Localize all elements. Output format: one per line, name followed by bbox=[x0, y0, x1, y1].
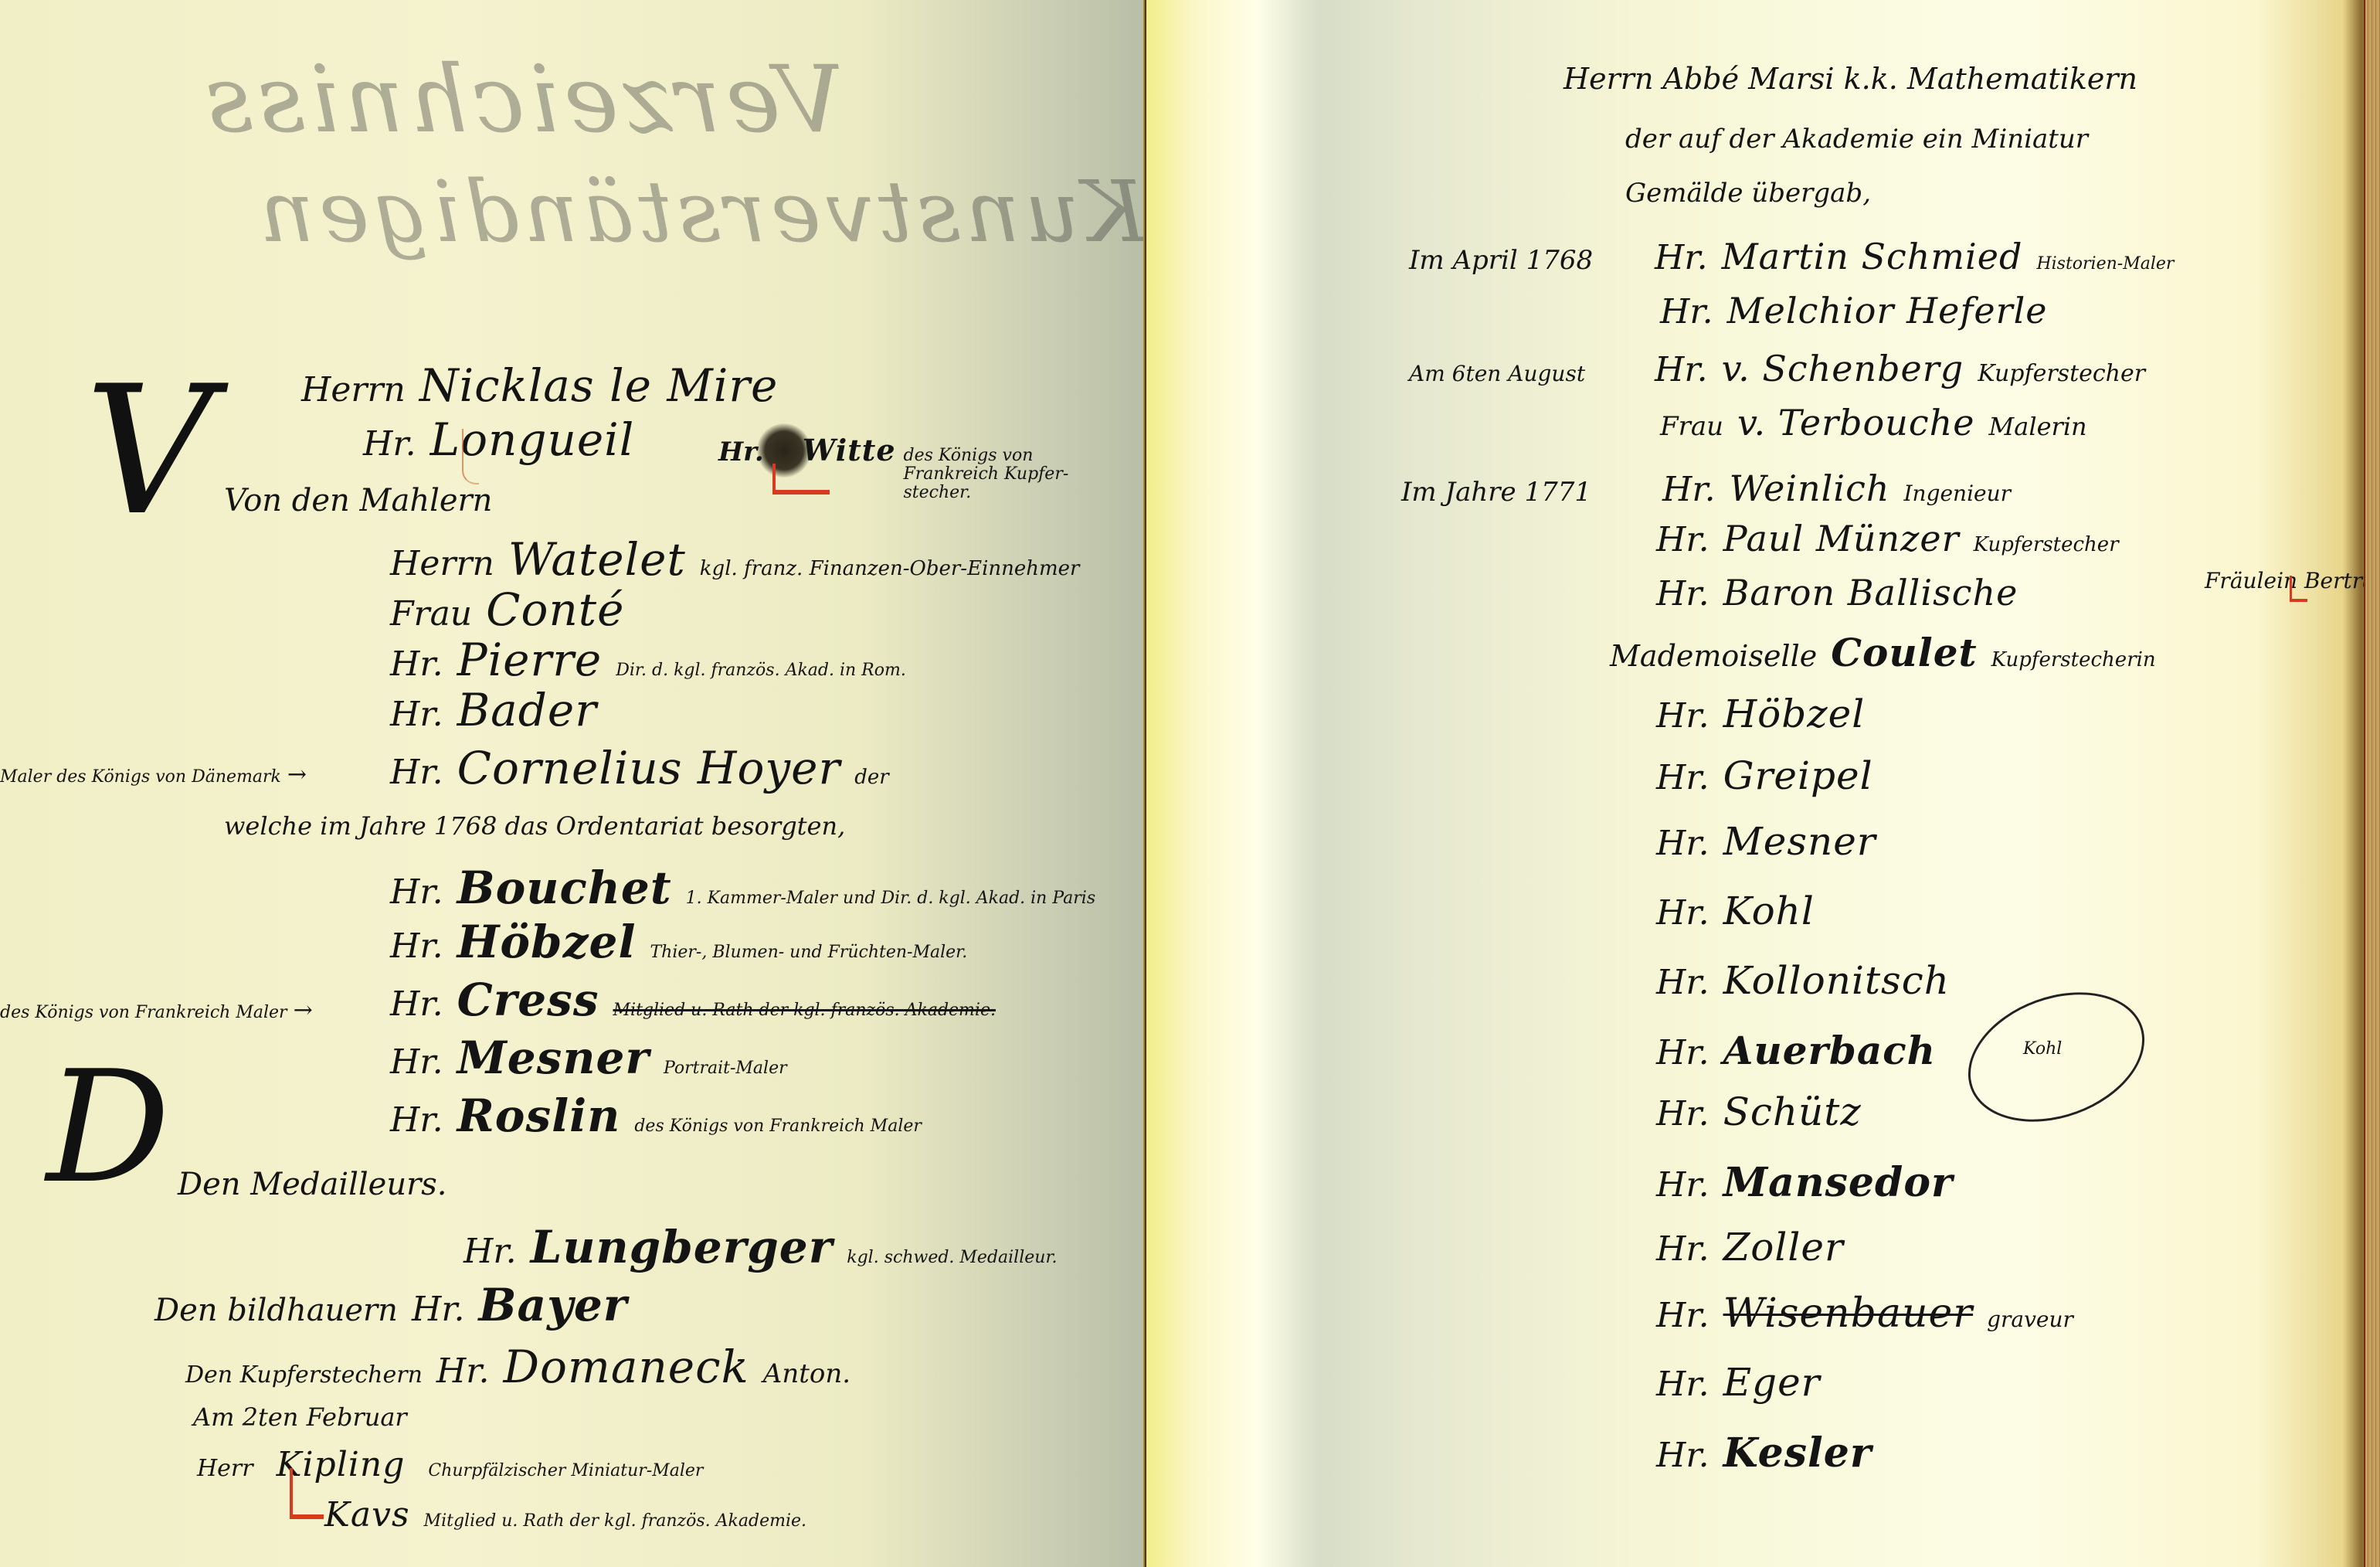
entry-pierre: Hr. Pierre Dir. d. kgl. französ. Akad. i… bbox=[390, 634, 906, 686]
entry-auerbach: Hr. Auerbach bbox=[1656, 1028, 1936, 1073]
decorative-initial-v: V bbox=[85, 363, 213, 541]
bleed-through-heading-2: der Kunstverständigen bbox=[255, 162, 1146, 261]
red-pencil-mark bbox=[290, 1468, 324, 1519]
entry-heferle: Hr. Melchior Heferle bbox=[1660, 290, 2048, 331]
entry-coulet: Mademoiselle Coulet Kupferstecherin bbox=[1610, 630, 2156, 675]
arrow-right-icon: → bbox=[294, 997, 313, 1024]
entry-le-mire: Herrn Nicklas le Mire bbox=[301, 359, 778, 412]
entry-conte: Frau Conté bbox=[390, 583, 624, 636]
bleed-through-heading-1: Verzeichniss bbox=[201, 46, 844, 154]
intro-line-2: der auf der Akademie ein Miniatur bbox=[1625, 124, 2088, 155]
page-edge bbox=[2364, 0, 2380, 1567]
entry-hobzel: Hr. Höbzel Thier-, Blumen- und Früchten-… bbox=[390, 916, 967, 968]
entry-cress: Hr. Cress Mitglied u. Rath der kgl. fran… bbox=[390, 974, 996, 1026]
margin-note-hoyer: Maler des Königs von Dänemark → bbox=[0, 761, 307, 788]
entry-greipel: Hr. Greipel bbox=[1656, 753, 1873, 798]
right-page: Herrn Abbé Marsi k.k. Mathematikern der … bbox=[1146, 0, 2380, 1567]
entry-bouchet: Hr. Bouchet 1. Kammer-Maler und Dir. d. … bbox=[390, 862, 1095, 914]
intro-line-3: Gemälde übergab, bbox=[1625, 178, 1871, 209]
entry-lungberger: Hr. Lungberger kgl. schwed. Medailleur. bbox=[463, 1221, 1058, 1273]
entry-terbouche: Frau v. Terbouche Malerin bbox=[1660, 402, 2087, 444]
entry-mesner: Hr. Mesner Portrait-Maler bbox=[390, 1032, 787, 1084]
entry-kohl: Hr. Kohl bbox=[1656, 889, 1815, 933]
section-1768: welche im Jahre 1768 das Ordentariat bes… bbox=[224, 811, 845, 841]
entry-kipling: Herr Kipling Churpfälzischer Miniatur-Ma… bbox=[197, 1445, 703, 1484]
entry-kavs: Kavs Mitglied u. Rath der kgl. französ. … bbox=[324, 1495, 806, 1535]
left-page: Verzeichniss der Kunstverständigen V Her… bbox=[0, 0, 1146, 1567]
entry-bayer: Den bildhauern Hr. Bayer bbox=[154, 1279, 627, 1331]
section-mahlern: Von den Mahlern bbox=[224, 483, 492, 518]
entry-eger: Hr. Eger bbox=[1656, 1360, 1821, 1405]
entry-hobzel-right: Hr. Höbzel bbox=[1656, 692, 1865, 736]
entry-mesner-right: Hr. Mesner bbox=[1656, 819, 1876, 864]
entry-mansedor: Hr. Mansedor bbox=[1656, 1159, 1953, 1206]
intro-line-1: Herrn Abbé Marsi k.k. Mathematikern bbox=[1563, 62, 2137, 96]
entry-schutz: Hr. Schütz bbox=[1656, 1089, 1862, 1134]
entry-wisenbauer: Hr. Wisenbauer graveur bbox=[1656, 1290, 2073, 1337]
entry-longueil: Hr. Longueil bbox=[363, 413, 634, 466]
section-february: Am 2ten Februar bbox=[193, 1402, 407, 1432]
entry-weinlich: Im Jahre 1771 Hr. Weinlich Ingenieur bbox=[1401, 467, 2011, 509]
entry-hoyer: Hr. Cornelius Hoyer der bbox=[390, 742, 889, 794]
entry-bader: Hr. Bader bbox=[390, 684, 597, 736]
decorative-initial-d: D bbox=[46, 1051, 170, 1205]
entry-roslin: Hr. Roslin des Königs von Frankreich Mal… bbox=[390, 1089, 922, 1142]
entry-watelet: Herrn Watelet kgl. franz. Finanzen-Ober-… bbox=[390, 533, 1079, 586]
section-medailleurs: Den Medailleurs. bbox=[178, 1167, 446, 1202]
entry-munzer: Hr. Paul Münzer Kupferstecher bbox=[1656, 518, 2119, 559]
entry-zoller: Hr. Zoller bbox=[1656, 1225, 1844, 1270]
circled-note-kohl: Kohl bbox=[2023, 1039, 2062, 1059]
entry-domaneck: Den Kupferstechern Hr. Domaneck Anton. bbox=[185, 1341, 850, 1393]
entry-kesler: Hr. Kesler bbox=[1656, 1429, 1872, 1477]
arrow-right-icon: → bbox=[287, 761, 307, 788]
entry-ballische: Hr. Baron Ballische bbox=[1656, 572, 2018, 614]
entry-kollonitsch: Hr. Kollonitsch bbox=[1656, 958, 1950, 1003]
margin-note-cress: des Königs von Frankreich Maler → bbox=[0, 997, 313, 1024]
entry-schenberg: Am 6ten August Hr. v. Schenberg Kupferst… bbox=[1409, 348, 2145, 389]
red-pencil-mark bbox=[462, 429, 479, 484]
red-pencil-mark bbox=[2290, 576, 2307, 602]
red-pencil-mark bbox=[772, 464, 830, 495]
entry-schmied: Im April 1768 Hr. Martin Schmied Histori… bbox=[1409, 236, 2174, 277]
